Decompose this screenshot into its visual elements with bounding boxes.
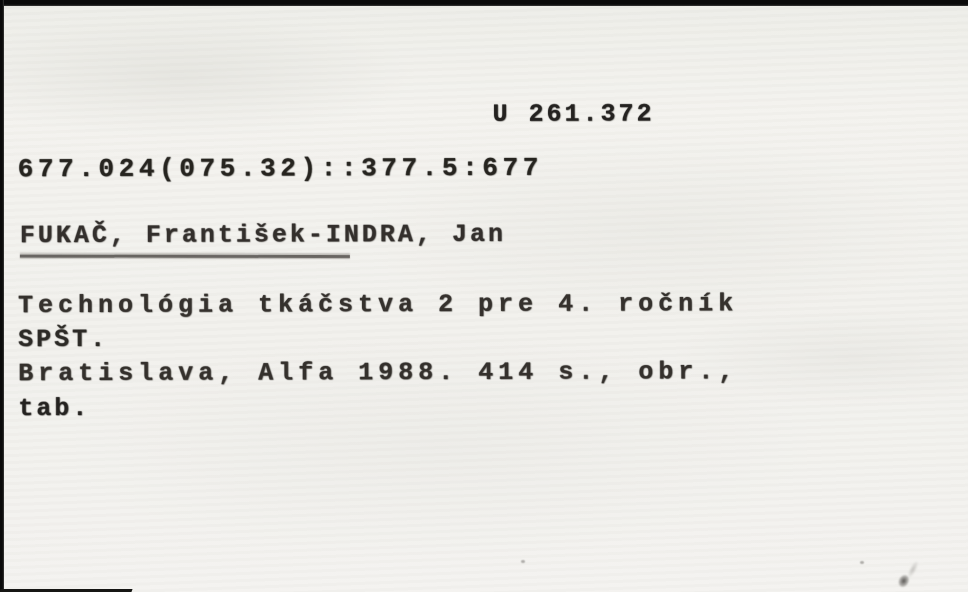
classification-number: 677.024(075.32)::377.5:677 (18, 153, 543, 184)
imprint-line-1: Bratislava, Alfa 1988. 414 s., obr., (18, 357, 738, 388)
paper-speck (860, 561, 864, 564)
typewritten-text-layer: U 261.372 677.024(075.32)::377.5:677 FUK… (0, 0, 968, 592)
author-line: FUKAČ, František-INDRA, Jan (20, 220, 506, 250)
author-name-rest: -INDRA, Jan (308, 220, 506, 250)
call-number: U 261.372 (492, 100, 654, 129)
author-name-underlined: FUKAČ, František (20, 220, 308, 250)
paper-speck (521, 560, 525, 563)
imprint-line-2: tab. (18, 394, 90, 423)
title-line-1: Technológia tkáčstva 2 pre 4. ročník (18, 289, 738, 320)
scanned-catalog-card: U 261.372 677.024(075.32)::377.5:677 FUK… (0, 0, 968, 592)
author-underline (20, 255, 350, 258)
title-line-2: SPŠT. (18, 325, 108, 354)
